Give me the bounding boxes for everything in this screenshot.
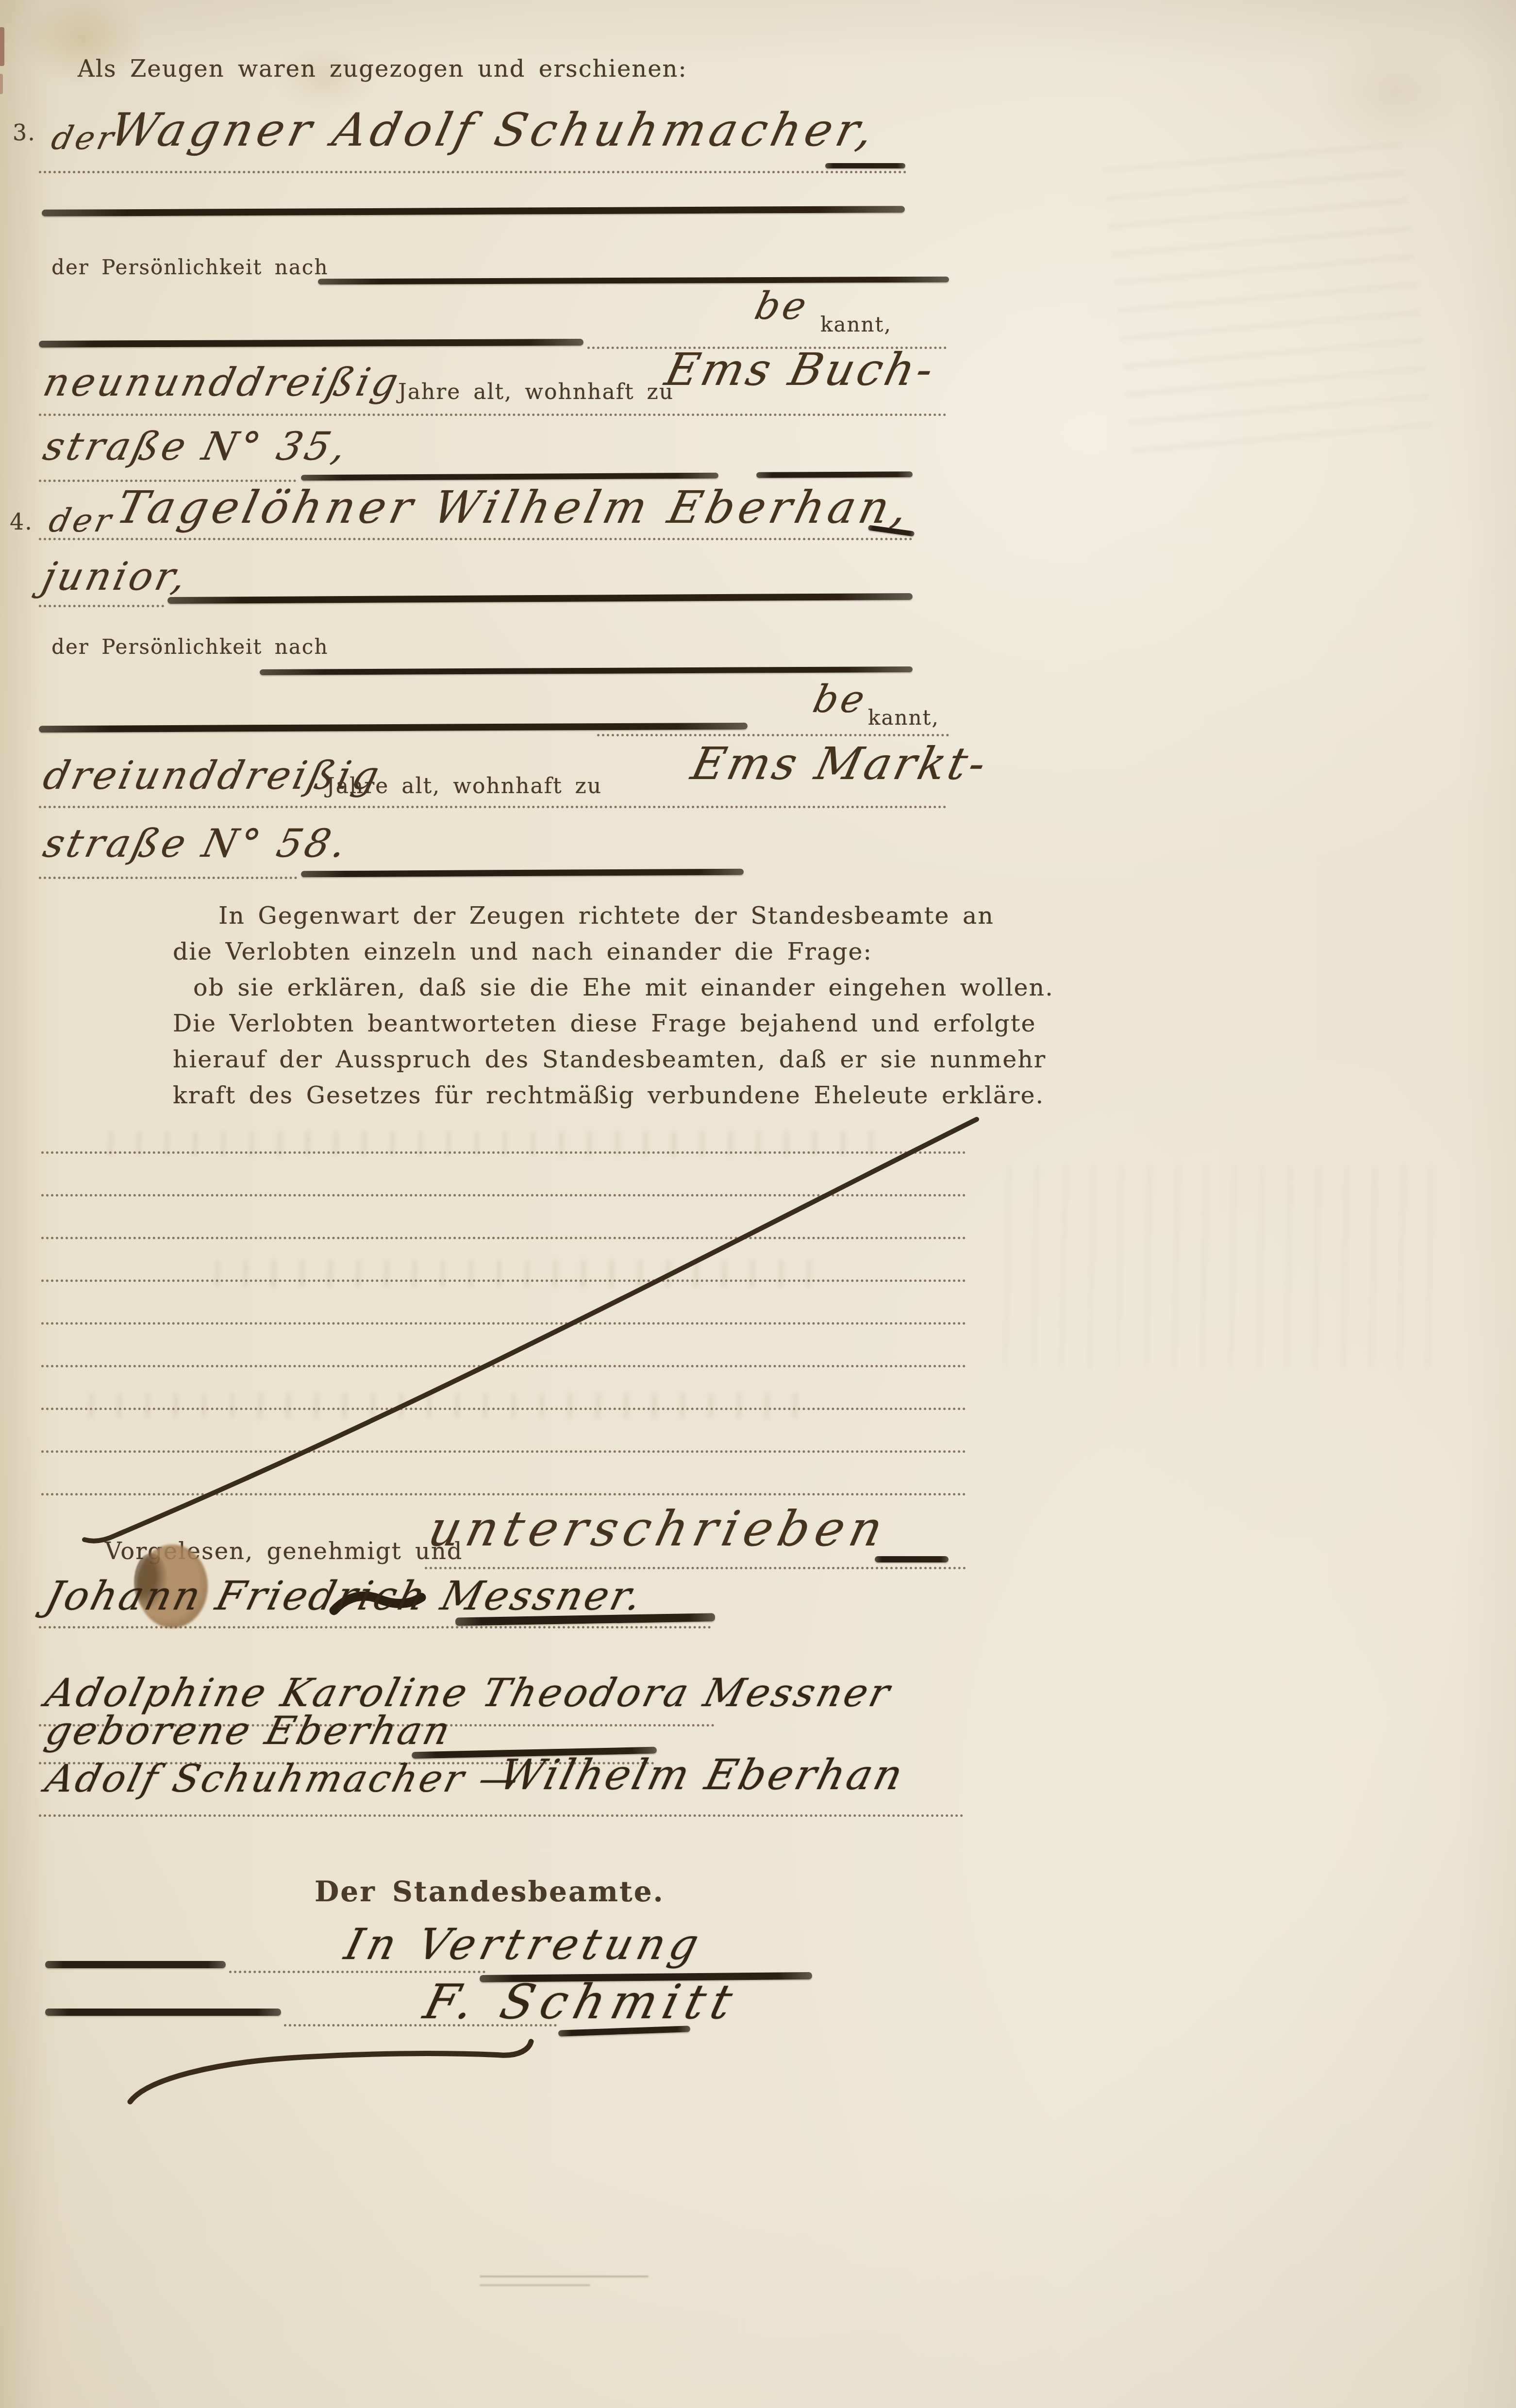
ruled-heavy-line xyxy=(42,206,905,216)
ruled-dotted-line xyxy=(41,1365,966,1367)
signature-bride: Adolphine Karoline Theodora Messner xyxy=(42,1674,896,1712)
ruled-dotted-line xyxy=(39,1814,964,1817)
page-edge-mark xyxy=(0,27,4,66)
ink-bleedthrough xyxy=(204,1260,835,1287)
witness3-be-handwritten: be xyxy=(751,287,813,325)
witness3-number: 3. xyxy=(13,121,36,144)
ruled-dotted-line xyxy=(39,877,297,879)
witness3-age-handwritten: neununddreißig xyxy=(40,363,404,402)
paper-stain xyxy=(1311,29,1476,155)
witness4-article-handwritten: der xyxy=(46,505,117,537)
signature-witness3: Adolf Schuhmacher — xyxy=(42,1760,525,1798)
ink-bleedthrough xyxy=(78,1393,806,1418)
ruled-dotted-line xyxy=(41,1322,966,1325)
declaration-line: ob sie erklären, daß sie die Ehe mit ein… xyxy=(193,976,1054,999)
ruled-heavy-line xyxy=(45,1961,226,1968)
ruled-dotted-line xyxy=(39,414,947,416)
filler-dash xyxy=(825,163,905,168)
ruled-dotted-line xyxy=(41,1493,966,1495)
ruled-dotted-line xyxy=(39,1626,711,1628)
declaration-line: kraft des Gesetzes für rechtmäßig verbun… xyxy=(173,1083,1044,1107)
signature-witness4: Wilhelm Eberhan xyxy=(495,1754,909,1796)
registry-document-page: Als Zeugen waren zugezogen und erschiene… xyxy=(0,0,1516,2408)
ruled-dotted-line xyxy=(39,171,907,173)
witness3-age-label: Jahre alt, wohnhaft zu xyxy=(398,382,674,403)
witness4-residence-line2-handwritten: straße N° 58. xyxy=(40,824,352,863)
witness4-number: 4. xyxy=(10,511,33,533)
ruled-dotted-line xyxy=(41,1194,966,1196)
ruled-dotted-line xyxy=(39,605,164,607)
witness3-residence-handwritten: Ems Buch- xyxy=(661,348,940,392)
ruled-dotted-line xyxy=(41,1279,966,1282)
ruled-heavy-line xyxy=(39,723,748,732)
official-title-label: Der Standesbeamte. xyxy=(315,1877,665,1906)
ink-bleedthrough xyxy=(995,1165,1432,1369)
filler-dash xyxy=(875,1556,949,1562)
declaration-line: Die Verlobten beantworteten diese Frage … xyxy=(173,1012,1036,1035)
vorgelesen-label: Vorgelesen, genehmigt und xyxy=(105,1540,463,1563)
ruled-dotted-line xyxy=(41,1151,966,1154)
ruled-heavy-line xyxy=(301,473,718,481)
witness4-kannt-label: kannt, xyxy=(868,708,939,728)
ruled-heavy-line xyxy=(301,869,744,878)
ruled-dotted-line xyxy=(41,1408,966,1410)
witness4-age-label: Jahre alt, wohnhaft zu xyxy=(326,776,602,797)
ruled-heavy-line xyxy=(45,2009,281,2016)
signature-bride-birthname: geborene Eberhan xyxy=(42,1711,456,1750)
ruled-dotted-line xyxy=(41,1237,966,1239)
faint-line-mark xyxy=(480,2284,590,2286)
witness4-junior-handwritten: junior, xyxy=(39,557,193,596)
ruled-heavy-line xyxy=(260,666,913,675)
ruled-heavy-line xyxy=(39,339,583,348)
ruled-dotted-line xyxy=(284,2024,557,2026)
ruled-dotted-line xyxy=(41,1450,966,1453)
page-edge-mark xyxy=(0,74,3,94)
witness3-persoenlichkeit-label: der Persönlichkeit nach xyxy=(51,257,328,278)
witness3-kannt-label: kannt, xyxy=(820,315,892,335)
official-signature: F. Schmitt xyxy=(419,1978,744,2026)
faint-line-mark xyxy=(480,2275,649,2277)
ruled-dotted-line xyxy=(39,538,913,540)
witness4-persoenlichkeit-label: der Persönlichkeit nach xyxy=(51,637,328,657)
ruled-heavy-line xyxy=(756,471,913,478)
signature-groom: Johann Friedrich Messner. xyxy=(42,1577,648,1616)
unterschrieben-handwritten: unterschrieben xyxy=(424,1505,893,1553)
ruled-heavy-line xyxy=(167,593,913,604)
ruled-heavy-line xyxy=(318,277,949,285)
witness4-be-handwritten: be xyxy=(810,681,871,718)
ink-bleedthrough xyxy=(1101,131,1432,461)
intro-line: Als Zeugen waren zugezogen und erschiene… xyxy=(78,57,687,81)
ruled-dotted-line xyxy=(425,1567,966,1569)
witness4-residence-handwritten: Ems Markt- xyxy=(687,742,993,786)
witness3-residence-line2-handwritten: straße N° 35, xyxy=(40,427,352,466)
declaration-line: hierauf der Ausspruch des Standesbeamten… xyxy=(173,1047,1046,1071)
declaration-line: In Gegenwart der Zeugen richtete der Sta… xyxy=(218,904,994,928)
ruled-dotted-line xyxy=(39,806,947,808)
declaration-line: die Verlobten einzeln und nach einander … xyxy=(173,940,872,963)
ruled-dotted-line xyxy=(229,1971,485,1973)
witness4-name-handwritten: Tagelöhner Wilhelm Eberhan, xyxy=(113,485,916,530)
in-vertretung-handwritten: In Vertretung xyxy=(341,1923,708,1966)
witness3-name-handwritten: Wagner Adolf Schuhmacher, xyxy=(106,108,882,153)
ruled-dotted-line xyxy=(597,734,949,736)
